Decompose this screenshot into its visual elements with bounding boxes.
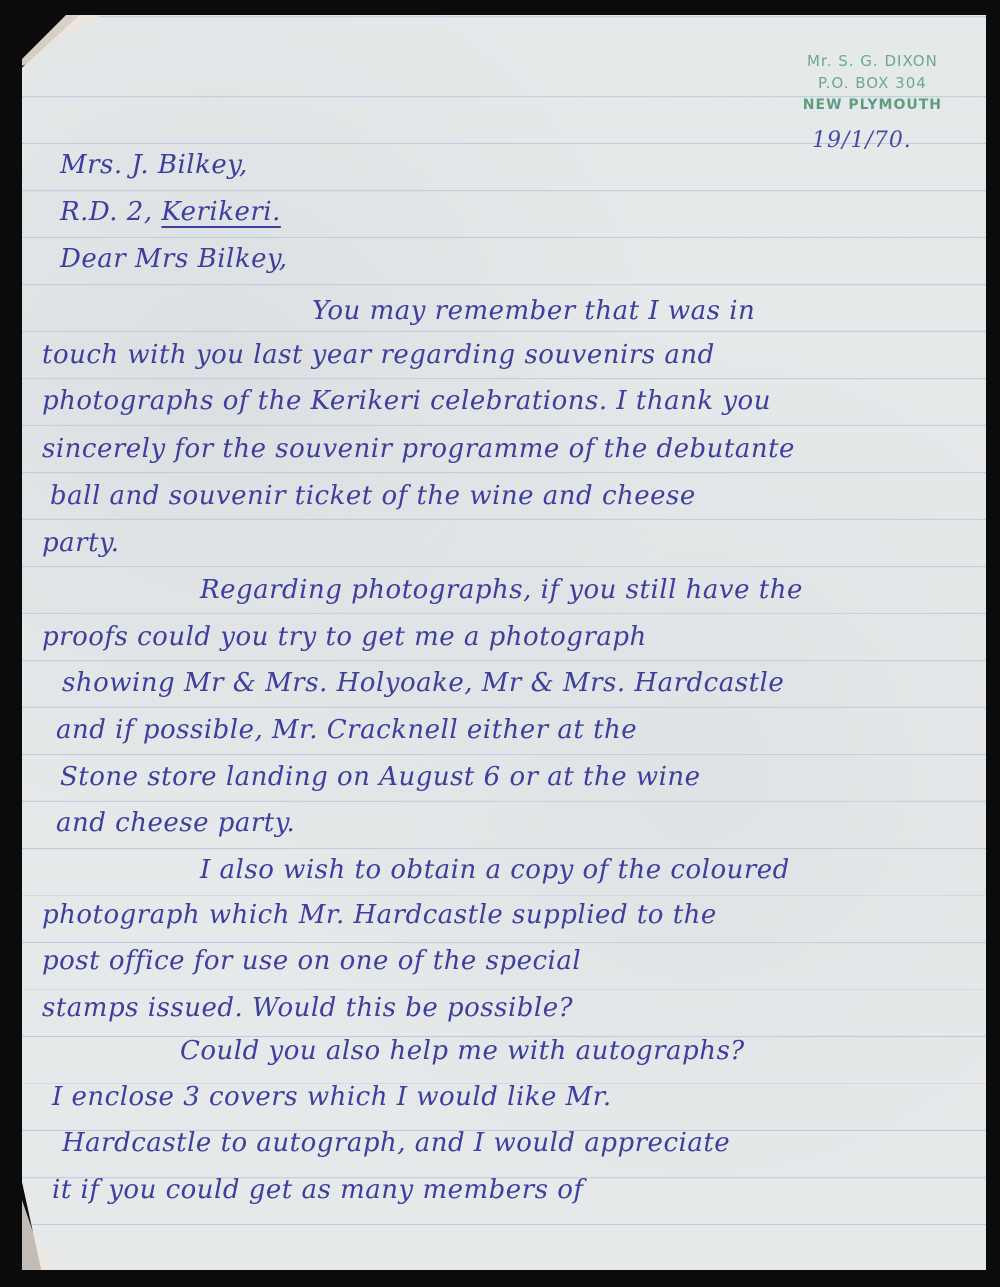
body-line: and if possible, Mr. Cracknell either at…: [56, 715, 637, 745]
letter-date: 19/1/70.: [812, 128, 912, 153]
body-line: You may remember that I was in: [312, 296, 755, 326]
body-line: showing Mr & Mrs. Holyoake, Mr & Mrs. Ha…: [62, 668, 784, 698]
body-line: party.: [42, 528, 120, 558]
recipient-address-prefix: R.D. 2,: [60, 197, 153, 227]
letterhead-city: NEW PLYMOUTH: [803, 94, 942, 116]
recipient-address-town: Kerikeri.: [161, 197, 281, 227]
body-line: Stone store landing on August 6 or at th…: [60, 762, 701, 792]
body-line: stamps issued. Would this be possible?: [42, 993, 573, 1023]
body-line: sincerely for the souvenir programme of …: [42, 434, 795, 464]
body-line: touch with you last year regarding souve…: [42, 340, 715, 370]
body-line: Could you also help me with autographs?: [180, 1036, 745, 1066]
body-line: I also wish to obtain a copy of the colo…: [200, 855, 790, 885]
body-line: post office for use on one of the specia…: [42, 946, 581, 976]
body-line: it if you could get as many members of: [52, 1175, 584, 1205]
letterhead-box: P.O. BOX 304: [803, 72, 942, 94]
body-line: Regarding photographs, if you still have…: [200, 575, 803, 605]
body-line: photograph which Mr. Hardcastle supplied…: [42, 900, 717, 930]
body-line: photographs of the Kerikeri celebrations…: [42, 386, 771, 416]
body-line: and cheese party.: [56, 808, 295, 838]
recipient-address: R.D. 2, Kerikeri.: [60, 197, 281, 227]
recipient-name: Mrs. J. Bilkey,: [60, 150, 248, 180]
letterhead-name: Mr. S. G. DIXON: [803, 50, 942, 72]
body-line: I enclose 3 covers which I would like Mr…: [52, 1082, 612, 1112]
letterhead-stamp: Mr. S. G. DIXON P.O. BOX 304 NEW PLYMOUT…: [803, 50, 942, 116]
body-line: Hardcastle to autograph, and I would app…: [62, 1128, 730, 1158]
body-line: proofs could you try to get me a photogr…: [42, 622, 647, 652]
salutation: Dear Mrs Bilkey,: [60, 244, 287, 274]
body-line: ball and souvenir ticket of the wine and…: [50, 481, 696, 511]
